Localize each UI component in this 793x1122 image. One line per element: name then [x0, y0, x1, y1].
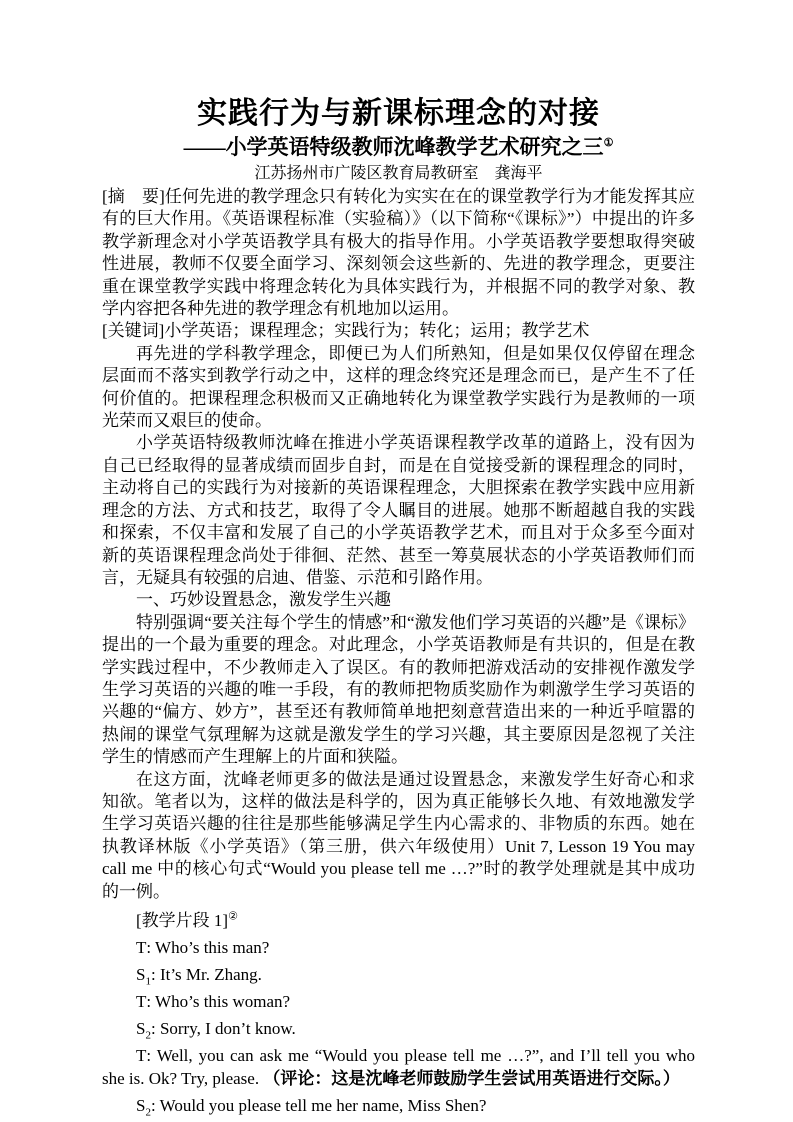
dialogue-speaker: T [136, 992, 146, 1011]
document-title: 实践行为与新课标理念的对接 [102, 96, 695, 132]
dialogue-line-6: S2: Would you please tell me her name, M… [102, 1094, 695, 1117]
section-1-heading: 一、巧妙设置悬念，激发学生兴趣 [102, 589, 695, 611]
dialogue-line-5: T: Well, you can ask me “Would you pleas… [102, 1044, 695, 1090]
dialogue-text: : It’s Mr. Zhang. [151, 965, 262, 984]
teaching-fragment-label: [教学片段 1]② [102, 910, 695, 932]
dialogue-speaker: T [136, 1046, 146, 1065]
abstract-paragraph: [摘 要]任何先进的教学理念只有转化为实实在在的课堂教学行为才能发挥其应有的巨大… [102, 186, 695, 320]
section-1-paragraph-1: 特别强调“要关注每个学生的情感”和“激发他们学习英语的兴趣”是《课标》提出的一个… [102, 612, 695, 769]
dialogue-text: : Who’s this man? [146, 938, 269, 957]
author-line: 江苏扬州市广陵区教育局教研室 龚海平 [102, 162, 695, 186]
section-1-paragraph-2: 在这方面，沈峰老师更多的做法是通过设置悬念，来激发学生好奇心和求知欲。笔者以为，… [102, 769, 695, 903]
dialogue-line-4: S2: Sorry, I don’t know. [102, 1017, 695, 1040]
dialogue-speaker: T [136, 938, 146, 957]
dialogue-line-3: T: Who’s this woman? [102, 990, 695, 1013]
dialogue-text: : Who’s this woman? [146, 992, 290, 1011]
dialogue-line-2: S1: It’s Mr. Zhang. [102, 963, 695, 986]
body-paragraph-2: 小学英语特级教师沈峰在推进小学英语课程教学改革的道路上，没有因为自己已经取得的显… [102, 432, 695, 589]
dialogue-text: : Sorry, I don’t know. [151, 1019, 296, 1038]
document-subtitle-text: ——小学英语特级教师沈峰教学艺术研究之三 [184, 135, 604, 159]
document-page: 实践行为与新课标理念的对接 ——小学英语特级教师沈峰教学艺术研究之三① 江苏扬州… [0, 0, 793, 1122]
footnote-ref-2: ② [228, 910, 238, 922]
teaching-fragment-label-text: [教学片段 1] [136, 911, 228, 930]
dialogue-line-1: T: Who’s this man? [102, 936, 695, 959]
dialogue-text: : Would you please tell me her name, Mis… [151, 1096, 486, 1115]
keywords-paragraph: [关键词]小学英语；课程理念；实践行为；转化；运用；教学艺术 [102, 320, 695, 342]
footnote-ref-1: ① [604, 137, 614, 149]
body-paragraph-1: 再先进的学科教学理念，即便已为人们所熟知，但是如果仅仅停留在理念层面而不落实到教… [102, 343, 695, 433]
inline-comment: （评论：这是沈峰老师鼓励学生尝试用英语进行交际。） [263, 1069, 680, 1088]
document-subtitle: ——小学英语特级教师沈峰教学艺术研究之三① [102, 132, 695, 162]
document-title-text: 实践行为与新课标理念的对接 [197, 97, 600, 130]
